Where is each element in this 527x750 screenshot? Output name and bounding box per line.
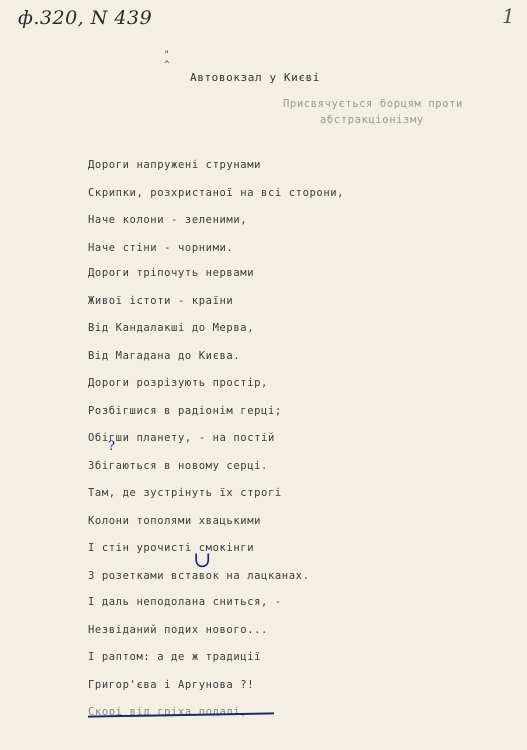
ink-insert-mark: ∪: [193, 548, 211, 573]
poem-line: Колони тополями хвацькими: [88, 515, 261, 527]
poem-line: Збігаються в новому серці.: [88, 460, 268, 472]
poem-line: Від Магадана до Києва.: [88, 350, 240, 362]
poem-line: І даль неподолана сниться, -: [88, 596, 282, 608]
poem-line: Живої істоти - країни: [88, 295, 233, 307]
poem-line: Дороги розрізують простір,: [88, 377, 268, 389]
archive-reference: ф.320, N 439: [18, 7, 152, 29]
poem-line: Дороги напружені струнами: [88, 159, 261, 171]
poem-line: І стін урочисті смокінги: [88, 542, 254, 554]
page-number: 1: [502, 4, 515, 28]
poem-line: Від Кандалакші до Мерва,: [88, 322, 254, 334]
poem-line: Скрипки, розхристаної на всі сторони,: [88, 187, 344, 199]
poem-line: І раптом: а де ж традиції: [88, 651, 261, 663]
poem-line: Григор'єва і Аргунова ?!: [88, 679, 254, 691]
ink-correction-mark: ?: [108, 439, 115, 454]
typed-marks: "^: [164, 50, 170, 70]
poem-line: Наче стіни - чорними.: [88, 242, 233, 254]
poem-line: Обігши планету, - на постій: [88, 432, 275, 444]
dedication-line-1: Присвячується борцям проти: [283, 98, 463, 110]
poem-line: Наче колони - зеленими,: [88, 214, 247, 226]
dedication-line-2: абстракціонізму: [320, 114, 424, 126]
poem-line: Там, де зустрінуть їх строгі: [88, 487, 282, 499]
poem-title: Автовокзал у Києві: [190, 71, 320, 84]
poem-line: Дороги тріпочуть нервами: [88, 267, 254, 279]
poem-line: Незвіданий подих нового...: [88, 624, 268, 636]
poem-line: Розбігшися в радіонім герці;: [88, 405, 282, 417]
